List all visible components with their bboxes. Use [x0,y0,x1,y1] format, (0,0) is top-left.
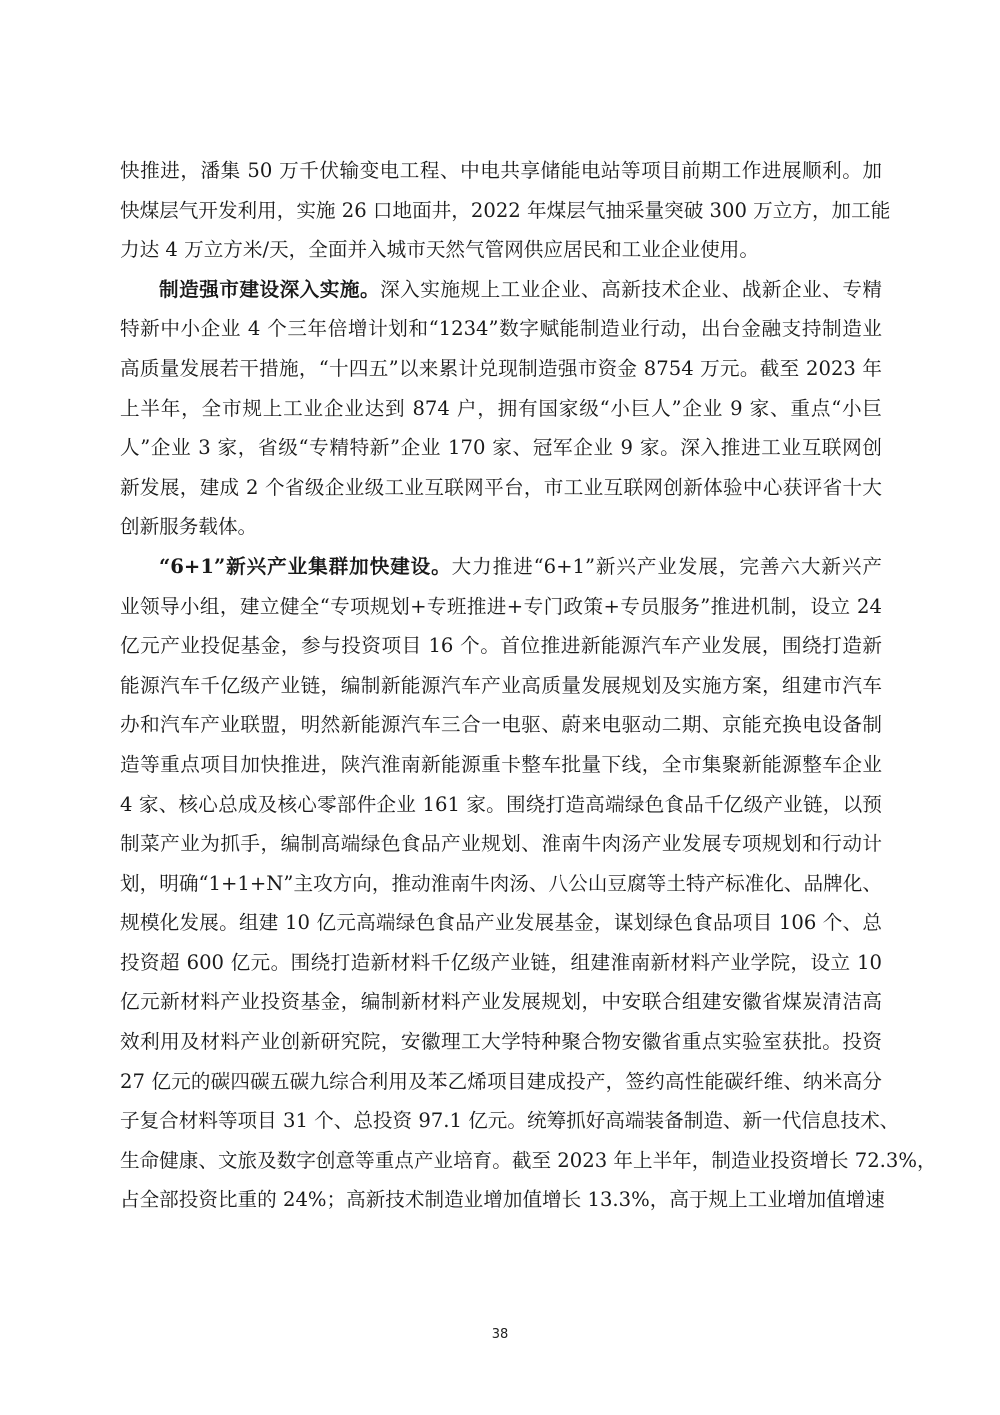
page-number: 38 [0,1327,1000,1342]
document-page-body: 快推进，潘集 50 万千伏输变电工程、中电共享储能电站等项目前期工作进展顺利。加… [120,153,882,1222]
text-line: 特新中小企业 4 个三年倍增计划和“1234”数字赋能制造业行动，出台金融支持制… [120,311,882,351]
paragraph-emerging-industries: “6+1”新兴产业集群加快建设。大力推进“6+1”新兴产业发展，完善六大新兴产 … [120,549,882,1222]
text-line: 27 亿元的碳四碳五碳九综合利用及苯乙烯项目建成投产，签约高性能碳纤维、纳米高分 [120,1064,882,1104]
text-run: 深入实施规上工业企业、高新技术企业、战新企业、专精 [380,278,882,301]
paragraph-energy-continuation: 快推进，潘集 50 万千伏输变电工程、中电共享储能电站等项目前期工作进展顺利。加… [120,153,882,272]
text-line: 生命健康、文旅及数字创意等重点产业培育。截至 2023 年上半年，制造业投资增长… [120,1143,882,1183]
text-line: 新发展，建成 2 个省级企业级工业互联网平台，市工业互联网创新体验中心获评省十大 [120,470,882,510]
text-line: 划，明确“1+1+N”主攻方向，推动淮南牛肉汤、八公山豆腐等土特产标准化、品牌化… [120,866,882,906]
text-line: 能源汽车千亿级产业链，编制新能源汽车产业高质量发展规划及实施方案，组建市汽车 [120,668,882,708]
text-line: 业领导小组，建立健全“专项规划+专班推进+专门政策+专员服务”推进机制，设立 2… [120,589,882,629]
paragraph-manufacturing-city: 制造强市建设深入实施。深入实施规上工业企业、高新技术企业、战新企业、专精 特新中… [120,272,882,549]
text-line: 制菜产业为抓手，编制高端绿色食品产业规划、淮南牛肉汤产业发展专项规划和行动计 [120,826,882,866]
text-line: 占全部投资比重的 24%；高新技术制造业增加值增长 13.3%，高于规上工业增加… [120,1182,882,1222]
text-line: 投资超 600 亿元。围绕打造新材料千亿级产业链，组建淮南新材料产业学院，设立 … [120,945,882,985]
text-line: 高质量发展若干措施，“十四五”以来累计兑现制造强市资金 8754 万元。截至 2… [120,351,882,391]
text-line: 力达 4 万立方米/天，全面并入城市天然气管网供应居民和工业企业使用。 [120,232,882,272]
paragraph-heading: 制造强市建设深入实施。 [159,278,380,301]
text-line: 创新服务载体。 [120,509,882,549]
text-line: 亿元新材料产业投资基金，编制新材料产业发展规划，中安联合组建安徽省煤炭清洁高 [120,984,882,1024]
paragraph-heading: “6+1”新兴产业集群加快建设。 [159,555,452,578]
text-line: 规模化发展。组建 10 亿元高端绿色食品产业发展基金，谋划绿色食品项目 106 … [120,905,882,945]
text-line-first: 制造强市建设深入实施。深入实施规上工业企业、高新技术企业、战新企业、专精 [120,272,882,312]
text-line-first: “6+1”新兴产业集群加快建设。大力推进“6+1”新兴产业发展，完善六大新兴产 [120,549,882,589]
text-line: 办和汽车产业联盟，明然新能源汽车三合一电驱、蔚来电驱动二期、京能充换电设备制 [120,707,882,747]
text-line: 子复合材料等项目 31 个、总投资 97.1 亿元。统筹抓好高端装备制造、新一代… [120,1103,882,1143]
text-line: 人”企业 3 家，省级“专精特新”企业 170 家、冠军企业 9 家。深入推进工… [120,430,882,470]
text-line: 上半年，全市规上工业企业达到 874 户，拥有国家级“小巨人”企业 9 家、重点… [120,391,882,431]
text-line: 亿元产业投促基金，参与投资项目 16 个。首位推进新能源汽车产业发展，围绕打造新 [120,628,882,668]
text-line: 快推进，潘集 50 万千伏输变电工程、中电共享储能电站等项目前期工作进展顺利。加 [120,153,882,193]
text-line: 快煤层气开发利用，实施 26 口地面井，2022 年煤层气抽采量突破 300 万… [120,193,882,233]
text-line: 4 家、核心总成及核心零部件企业 161 家。围绕打造高端绿色食品千亿级产业链，… [120,787,882,827]
text-line: 造等重点项目加快推进，陕汽淮南新能源重卡整车批量下线，全市集聚新能源整车企业 [120,747,882,787]
text-run: 大力推进“6+1”新兴产业发展，完善六大新兴产 [452,555,882,578]
text-line: 效利用及材料产业创新研究院，安徽理工大学特种聚合物安徽省重点实验室获批。投资 [120,1024,882,1064]
